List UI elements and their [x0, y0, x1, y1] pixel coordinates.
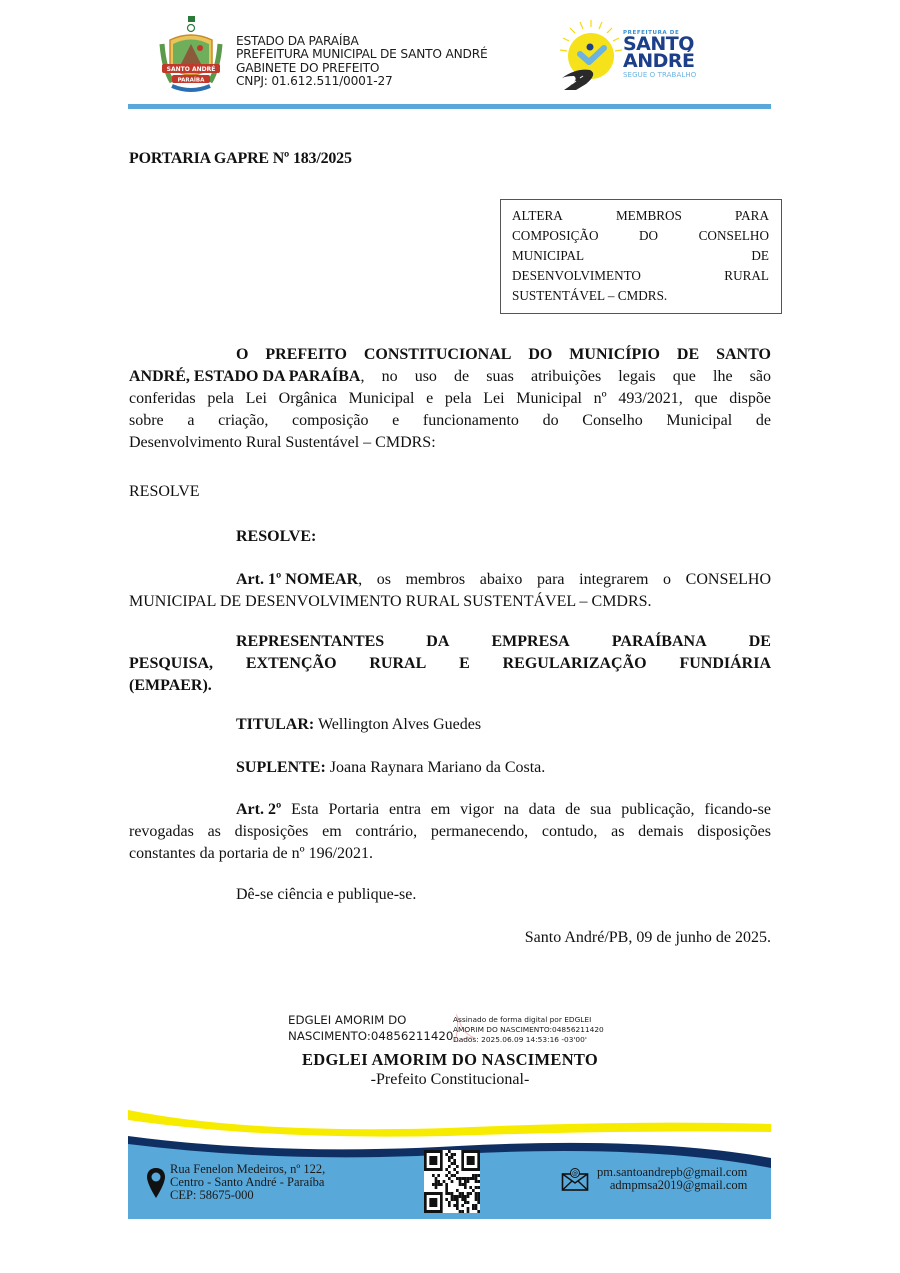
address-line: CEP: 58675-000 — [170, 1189, 325, 1202]
article-1-line: MUNICIPAL DE DESENVOLVIMENTO RURAL SUSTE… — [129, 591, 771, 613]
ementa-word: MUNICIPAL — [512, 246, 584, 266]
signature-info-line: Dados: 2025.06.09 14:53:16 -03'00' — [453, 1035, 604, 1045]
ementa-line: DESENVOLVIMENTO RURAL — [512, 266, 769, 286]
digital-signer-line: EDGLEI AMORIM DO — [288, 1012, 453, 1028]
institution-header: ESTADO DA PARAÍBA PREFEITURA MUNICIPAL D… — [236, 35, 488, 88]
ementa-line: ALTERA MEMBROS PARA — [512, 206, 769, 226]
svg-text:PARAÍBA: PARAÍBA — [178, 76, 206, 84]
representatives-line: REPRESENTANTESDAEMPRESAPARAÍBANADE — [129, 631, 771, 653]
word: SANTO — [716, 344, 771, 366]
representatives-heading: REPRESENTANTESDAEMPRESAPARAÍBANADE PESQU… — [129, 631, 771, 697]
word: O — [236, 344, 248, 366]
ementa-word: SUSTENTÁVEL – CMDRS. — [512, 286, 667, 306]
word: Municipal — [666, 410, 732, 432]
word: E — [459, 653, 470, 675]
titular-line: TITULAR: Wellington Alves Guedes — [129, 714, 771, 736]
word: funcionamento — [423, 410, 519, 432]
municipal-coat-of-arms: SANTO ANDRÉ PARAÍBA — [154, 14, 228, 94]
titular-label: TITULAR: — [236, 716, 314, 733]
article-1-line: Art. 1º NOMEAR, os membros abaixo para i… — [129, 569, 771, 591]
envelope-at-icon: @ — [561, 1167, 589, 1191]
address-text: Rua Fenelon Medeiros, nº 122, Centro - S… — [170, 1163, 325, 1202]
email-list: pm.santoandrepb@gmail.com admpmsa2019@gm… — [597, 1166, 747, 1192]
preamble-line: OPREFEITOCONSTITUCIONALDOMUNICÍPIODESANT… — [129, 344, 771, 366]
article-2-line: revogadas as disposições em contrário, p… — [129, 821, 771, 843]
word: REPRESENTANTES — [236, 631, 384, 653]
ementa-box: ALTERA MEMBROS PARA COMPOSIÇÃO DO CONSEL… — [500, 199, 782, 314]
word: composição — [292, 410, 368, 432]
footer-contact: @ pm.santoandrepb@gmail.com admpmsa2019@… — [561, 1166, 747, 1192]
representatives-line: (EMPAER). — [129, 675, 771, 697]
article-2-label: Art. 2º — [236, 799, 281, 821]
word: PREFEITO — [265, 344, 347, 366]
word: EMPRESA — [491, 631, 569, 653]
word: criação, — [218, 410, 268, 432]
sun-road-logo-icon — [556, 18, 626, 90]
article-2: Art. 2º Esta Portaria entra em vigor na … — [129, 799, 771, 865]
article-2-text: revogadas as disposições em contrário, p… — [129, 821, 771, 843]
resolve-bold: RESOLVE: — [236, 528, 316, 545]
ementa-word: CONSELHO — [699, 226, 769, 246]
word: DE — [677, 344, 699, 366]
svg-text:SANTO ANDRÉ: SANTO ANDRÉ — [167, 65, 216, 73]
article-2-line: constantes da portaria de nº 196/2021. — [129, 843, 771, 865]
qr-code[interactable] — [424, 1150, 480, 1213]
article-1-label: Art. 1º — [236, 569, 281, 591]
word: DA — [426, 631, 449, 653]
header-cnpj: CNPJ: 01.612.511/0001-27 — [236, 75, 488, 88]
header-divider — [128, 104, 771, 109]
suplente-line: SUPLENTE: Joana Raynara Mariano da Costa… — [129, 757, 771, 779]
footer-address: Rua Fenelon Medeiros, nº 122, Centro - S… — [146, 1163, 325, 1202]
qr-code-icon — [424, 1150, 480, 1213]
prefeitura-sun-logo — [556, 18, 626, 90]
word: do — [543, 410, 559, 432]
brand-wordmark: PREFEITURA DE SANTO ANDRÉ SEGUE O TRABAL… — [623, 30, 696, 79]
ementa-line: SUSTENTÁVEL – CMDRS. — [512, 286, 769, 306]
signer-name: EDGLEI AMORIM DO NASCIMENTO — [0, 1050, 900, 1070]
word: REGULARIZAÇÃO — [503, 653, 647, 675]
signature-info-line: Assinado de forma digital por EDGLEI — [453, 1015, 604, 1025]
digital-signature-info: Assinado de forma digital por EDGLEI AMO… — [453, 1015, 604, 1045]
header-prefeitura: PREFEITURA MUNICIPAL DE SANTO ANDRÉ — [236, 48, 488, 61]
preamble-line: sobreacriação,composiçãoefuncionamentodo… — [129, 410, 771, 432]
closing-text: Dê-se ciência e publique-se. — [129, 884, 771, 906]
representatives-line: PESQUISA,EXTENÇÃORURALEREGULARIZAÇÃOFUND… — [129, 653, 771, 675]
ementa-word: DO — [639, 226, 658, 246]
preamble-line: ANDRÉ, ESTADO DA PARAÍBA, no uso de suas… — [129, 366, 771, 388]
word: MUNICÍPIO — [569, 344, 660, 366]
preamble-line: conferidas pela Lei Orgânica Municipal e… — [129, 388, 771, 410]
resolve-plain: RESOLVE — [129, 481, 771, 503]
titular-name: Wellington Alves Guedes — [314, 716, 481, 733]
word: DO — [528, 344, 552, 366]
suplente-name: Joana Raynara Mariano da Costa. — [326, 759, 545, 776]
ementa-word: COMPOSIÇÃO — [512, 226, 598, 246]
word: DE — [749, 631, 771, 653]
ementa-word: MEMBROS — [616, 206, 682, 226]
word: CONSTITUCIONAL — [364, 344, 512, 366]
word: PESQUISA, — [129, 653, 213, 675]
article-1-verb: NOMEAR — [285, 569, 358, 591]
resolve-heading: RESOLVE: — [129, 526, 771, 548]
word: RURAL — [369, 653, 426, 675]
ementa-word: DE — [751, 246, 769, 266]
word: a — [187, 410, 194, 432]
signer-role: -Prefeito Constitucional- — [0, 1071, 900, 1089]
svg-text:@: @ — [572, 1170, 578, 1177]
ementa-word: ALTERA — [512, 206, 563, 226]
preamble-paragraph: OPREFEITOCONSTITUCIONALDOMUNICÍPIODESANT… — [129, 344, 771, 454]
word: EXTENÇÃO — [246, 653, 337, 675]
ementa-line: MUNICIPAL DE — [512, 246, 769, 266]
ementa-word: DESENVOLVIMENTO — [512, 266, 641, 286]
word: FUNDIÁRIA — [679, 653, 771, 675]
map-pin-icon — [146, 1167, 166, 1199]
word: e — [392, 410, 399, 432]
article-2-line: Art. 2º Esta Portaria entra em vigor na … — [129, 799, 771, 821]
word: de — [756, 410, 771, 432]
brand-slogan: SEGUE O TRABALHO — [623, 71, 696, 79]
article-1-text: , os membros abaixo para integrarem o CO… — [358, 569, 771, 591]
preamble-line: Desenvolvimento Rural Sustentável – CMDR… — [129, 432, 771, 454]
ementa-word: RURAL — [724, 266, 769, 286]
header-gabinete: GABINETE DO PREFEITO — [236, 62, 488, 75]
digital-signer-line: NASCIMENTO:04856211420 — [288, 1028, 453, 1044]
article-1: Art. 1º NOMEAR, os membros abaixo para i… — [129, 569, 771, 613]
signature-info-line: AMORIM DO NASCIMENTO:04856211420 — [453, 1025, 604, 1035]
brand-name-line2: ANDRÉ — [623, 53, 696, 70]
word: Conselho — [582, 410, 642, 432]
email-link[interactable]: admpmsa2019@gmail.com — [597, 1179, 747, 1192]
suplente-label: SUPLENTE: — [236, 759, 326, 776]
preamble-bold: ANDRÉ, ESTADO DA PARAÍBA — [129, 366, 360, 388]
preamble-text: , no uso de suas atribuições legais que … — [360, 366, 771, 388]
digital-signer-name: EDGLEI AMORIM DO NASCIMENTO:04856211420 — [288, 1012, 453, 1044]
ementa-line: COMPOSIÇÃO DO CONSELHO — [512, 226, 769, 246]
place-date: Santo André/PB, 09 de junho de 2025. — [129, 927, 771, 949]
ementa-word: PARA — [735, 206, 769, 226]
word: sobre — [129, 410, 164, 432]
word: PARAÍBANA — [612, 631, 707, 653]
coat-of-arms-icon: SANTO ANDRÉ PARAÍBA — [154, 14, 228, 94]
article-2-text: Esta Portaria entra em vigor na data de … — [281, 799, 771, 821]
document-title: PORTARIA GAPRE Nº 183/2025 — [129, 150, 352, 168]
preamble-text: conferidas pela Lei Orgânica Municipal e… — [129, 388, 771, 410]
